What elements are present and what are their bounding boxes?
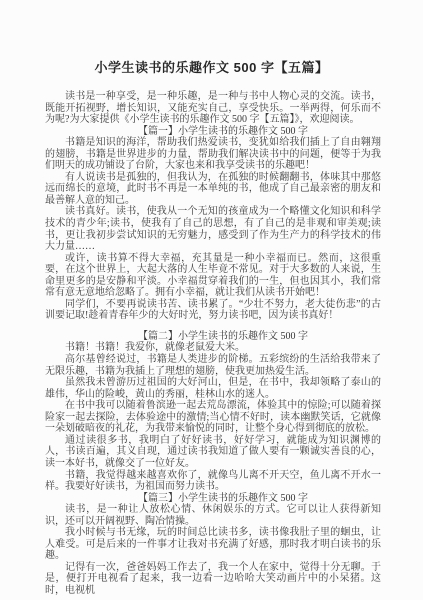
essay-section-3: 【篇三】小学生读书的乐趣作文 500 字 读书，是一种让人放松心情、休闲娱乐的方… bbox=[45, 493, 381, 597]
section-1-heading: 【篇一】小学生读书的乐趣作文 500 字 bbox=[45, 126, 381, 138]
body-paragraph: 或许，读书算不得大幸福，充其量是一种小幸福而已。然而，这很重要，在这个世界上，大… bbox=[45, 253, 381, 299]
body-paragraph: 同学们，不要再说读书苦、读书累了。“少壮不努力，老大徒伤悲”的古训要记取!趁着青… bbox=[45, 299, 381, 322]
body-paragraph: 虽然我未曾游历过祖国的大好河山，但是，在书中，我却领略了泰山的雄伟，华山的险峻，… bbox=[45, 377, 381, 400]
body-paragraph: 有人说读书是孤独的，但我认为，在孤独的时候翻翻书，体味其中那悠远而绵长的意境，此… bbox=[45, 172, 381, 207]
document-page: 小学生读书的乐趣作文 500 字【五篇】 读书是一种享受，是一种乐趣，是一种与书… bbox=[0, 0, 423, 600]
essay-section-2: 【篇二】小学生读书的乐趣作文 500 字 书籍！书籍！我爱你，就像老鼠爱大米。 … bbox=[45, 331, 381, 493]
body-paragraph: 书籍！书籍！我爱你，就像老鼠爱大米。 bbox=[45, 342, 381, 354]
body-paragraph: 读书真好。读书，使我从一个无知的孩童成为一个略懂文化知识和科学技术的青少年;读书… bbox=[45, 206, 381, 252]
body-paragraph: 高尔基曾经说过，书籍是人类进步的阶梯。五彩缤纷的生活给我带来了无限乐趣，书籍为我… bbox=[45, 354, 381, 377]
body-paragraph: 读书，是一种让人放松心情、休闲娱乐的方式。它可以让人获得新知识，还可以开阔视野、… bbox=[45, 504, 381, 527]
body-paragraph: 记得有一次，爸爸妈妈工作去了，我一个人在家中，觉得十分无聊。于是，便打开电视看了… bbox=[45, 562, 381, 597]
body-paragraph: 书籍，我觉得越来越喜欢你了，就像鸟儿离不开天空，鱼儿离不开水一样。我要好好读书，… bbox=[45, 470, 381, 493]
section-3-heading: 【篇三】小学生读书的乐趣作文 500 字 bbox=[45, 493, 381, 505]
body-paragraph: 我小时候与书无缘，玩的时间总比读书多，读书像我肚子里的蛔虫，让人难受。可是后来的… bbox=[45, 527, 381, 562]
section-2-heading: 【篇二】小学生读书的乐趣作文 500 字 bbox=[45, 331, 381, 343]
intro-paragraph: 读书是一种享受，是一种乐趣，是一种与书中人物心灵的交流。读书，既能开拓视野，增长… bbox=[45, 91, 381, 126]
body-paragraph: 通过读很多书，我明白了好好读书，好好学习，就能成为知识渊博的人，书读百遍，其义自… bbox=[45, 435, 381, 470]
body-paragraph: 在书中我可以随着鲁滨逊一起去荒岛漂流，体验其中的惊险;可以随着探险家一起去探险，… bbox=[45, 400, 381, 435]
page-title: 小学生读书的乐趣作文 500 字【五篇】 bbox=[0, 0, 423, 76]
document-body: 读书是一种享受，是一种乐趣，是一种与书中人物心灵的交流。读书，既能开拓视野，增长… bbox=[45, 91, 381, 597]
body-paragraph: 书籍是知识的海洋，帮助我们热爱读书，变犹如给我们插上了自由翱翔的翅膀，书籍是世界… bbox=[45, 137, 381, 172]
essay-section-1: 【篇一】小学生读书的乐趣作文 500 字 书籍是知识的海洋，帮助我们热爱读书，变… bbox=[45, 126, 381, 322]
